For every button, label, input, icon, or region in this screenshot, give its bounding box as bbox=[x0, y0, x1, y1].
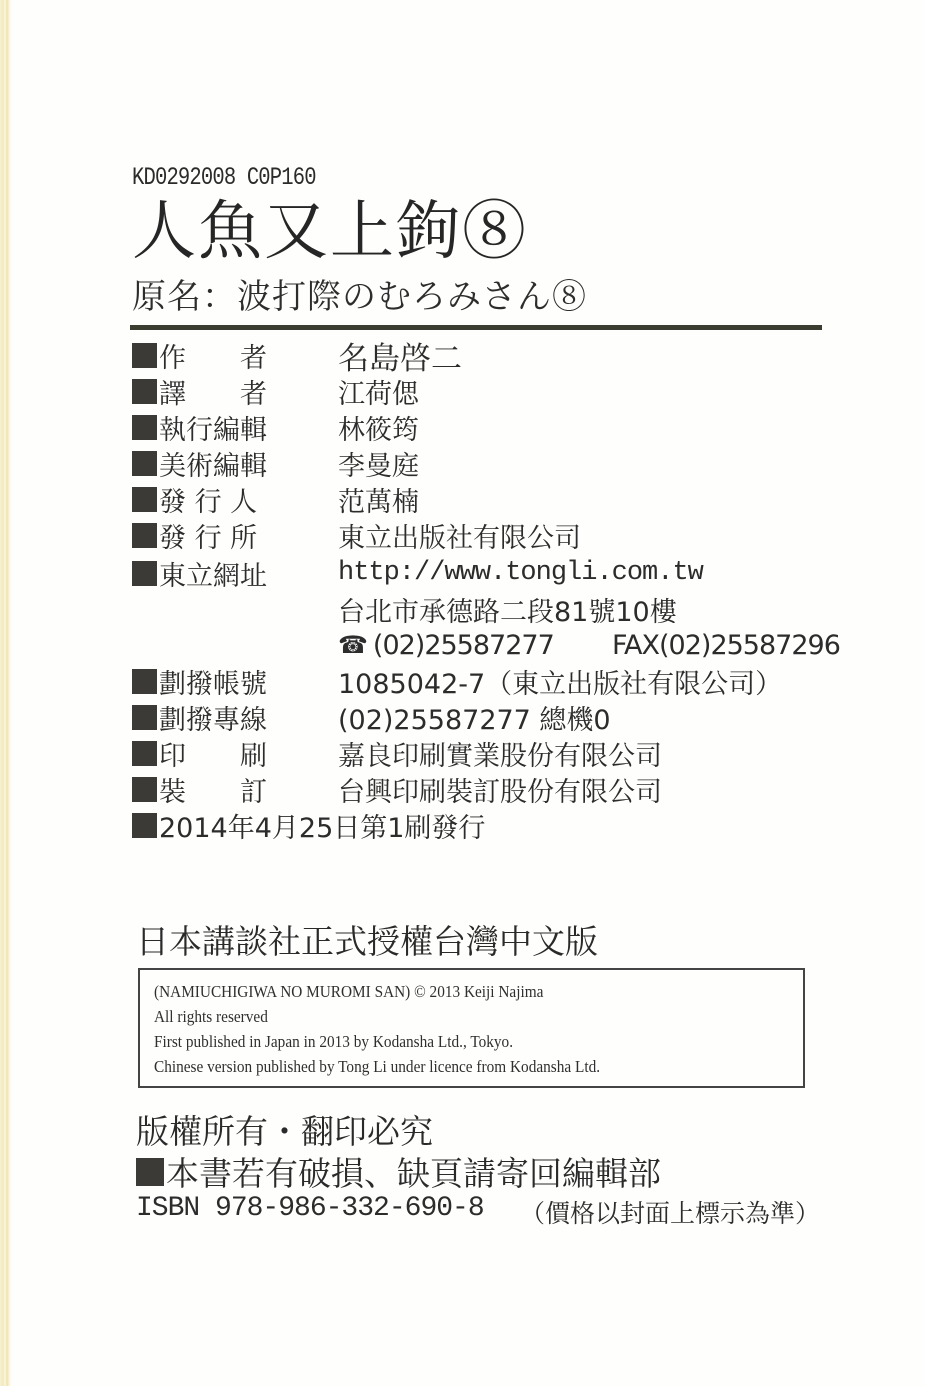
bullet-square-icon bbox=[132, 741, 157, 766]
credit-value: 嘉良印刷實業股份有限公司 bbox=[338, 734, 662, 773]
book-title: 人魚又上鉤⑧ bbox=[132, 200, 528, 264]
credit-value: 東立出版社有限公司 bbox=[338, 516, 581, 555]
copyright-line: (NAMIUCHIGIWA NO MUROMI SAN) © 2013 Keij… bbox=[154, 982, 543, 1002]
bullet-square-icon bbox=[132, 343, 157, 368]
bullet-square-icon bbox=[132, 777, 157, 802]
original-title: 原名：波打際のむろみさん⑧ bbox=[132, 280, 587, 314]
credit-row-printer: 印 刷 嘉良印刷實業股份有限公司 bbox=[132, 736, 276, 770]
credit-value: 江荷偲 bbox=[338, 372, 419, 411]
copyright-line: First published in Japan in 2013 by Koda… bbox=[154, 1032, 513, 1052]
credit-label: 譯 者 bbox=[159, 372, 276, 411]
credit-row-art-editor: 美術編輯 李曼庭 bbox=[132, 446, 276, 480]
credit-label: 劃撥帳號 bbox=[159, 662, 276, 701]
credit-row-postal-account: 劃撥帳號 1085042-7（東立出版社有限公司） bbox=[132, 664, 276, 698]
credit-value: 范萬楠 bbox=[338, 480, 419, 519]
credit-label: 劃撥專線 bbox=[159, 698, 276, 737]
credit-row-publishing-house: 發 行 所 東立出版社有限公司 bbox=[132, 518, 276, 552]
damage-notice: 本書若有破損、缺頁請寄回編輯部 bbox=[166, 1148, 661, 1195]
damage-notice-row: 本書若有破損、缺頁請寄回編輯部 bbox=[136, 1148, 661, 1195]
telephone-icon: ☎ bbox=[338, 631, 367, 659]
credit-row-translator: 譯 者 江荷偲 bbox=[132, 374, 276, 408]
bullet-square-icon bbox=[132, 487, 157, 512]
credit-label: 東立網址 bbox=[159, 554, 276, 593]
bullet-square-icon bbox=[132, 813, 157, 838]
isbn: ISBN 978-986-332-690-8 bbox=[136, 1193, 484, 1224]
credit-value: 李曼庭 bbox=[338, 444, 419, 483]
bullet-square-icon bbox=[132, 523, 157, 548]
price-note: （價格以封面上標示為準） bbox=[520, 1194, 820, 1230]
credit-label: 發 行 人 bbox=[159, 480, 276, 519]
phone-number: (02)25587277 bbox=[373, 630, 554, 661]
credit-label: 印 刷 bbox=[159, 734, 276, 773]
bullet-square-icon bbox=[132, 561, 157, 586]
credit-row-postal-line: 劃撥專線 (02)25587277 總機0 bbox=[132, 700, 276, 734]
bullet-square-icon bbox=[132, 379, 157, 404]
credit-value: 1085042-7（東立出版社有限公司） bbox=[338, 662, 782, 701]
product-code: KD0292008 C0P160 bbox=[132, 163, 316, 192]
page-edge-strip bbox=[0, 0, 12, 1386]
credit-label: 裝 訂 bbox=[159, 770, 276, 809]
address-contact: ☎ (02)25587277 bbox=[338, 628, 554, 662]
license-heading: 日本講談社正式授權台灣中文版 bbox=[136, 916, 598, 963]
bullet-square-icon bbox=[132, 705, 157, 730]
credit-label: 美術編輯 bbox=[159, 444, 276, 483]
fax-number: FAX(02)25587296 bbox=[612, 628, 840, 662]
credit-label: 作 者 bbox=[159, 336, 276, 375]
credit-row-author: 作 者 名島啓二 bbox=[132, 338, 276, 372]
website-link[interactable]: http://www.tongli.com.tw bbox=[338, 558, 703, 588]
credit-row-binder: 裝 訂 台興印刷裝訂股份有限公司 bbox=[132, 772, 276, 806]
credit-row-publisher: 發 行 人 范萬楠 bbox=[132, 482, 276, 516]
credit-label: 發 行 所 bbox=[159, 516, 276, 555]
rights-reserved: 版權所有・翻印必究 bbox=[136, 1106, 433, 1153]
credit-value: (02)25587277 總機0 bbox=[338, 698, 611, 737]
edition-row: 2014年4月25日第1刷發行 bbox=[132, 808, 485, 842]
credit-label: 執行編輯 bbox=[159, 408, 276, 447]
bullet-square-icon bbox=[136, 1158, 164, 1186]
bullet-square-icon bbox=[132, 451, 157, 476]
credit-value: 台興印刷裝訂股份有限公司 bbox=[338, 770, 662, 809]
edition-date: 2014年4月25日第1刷發行 bbox=[159, 806, 485, 845]
title-divider bbox=[130, 325, 822, 330]
copyright-line: All rights reserved bbox=[154, 1007, 268, 1027]
credit-value: 林筱筠 bbox=[338, 408, 419, 447]
address-street: 台北市承德路二段81號10樓 bbox=[338, 592, 677, 626]
copyright-line: Chinese version published by Tong Li und… bbox=[154, 1057, 600, 1077]
bullet-square-icon bbox=[132, 669, 157, 694]
credit-row-executive-editor: 執行編輯 林筱筠 bbox=[132, 410, 276, 444]
copyright-box: (NAMIUCHIGIWA NO MUROMI SAN) © 2013 Keij… bbox=[138, 968, 805, 1088]
credit-row-website: 東立網址 http://www.tongli.com.tw bbox=[132, 556, 276, 590]
bullet-square-icon bbox=[132, 415, 157, 440]
